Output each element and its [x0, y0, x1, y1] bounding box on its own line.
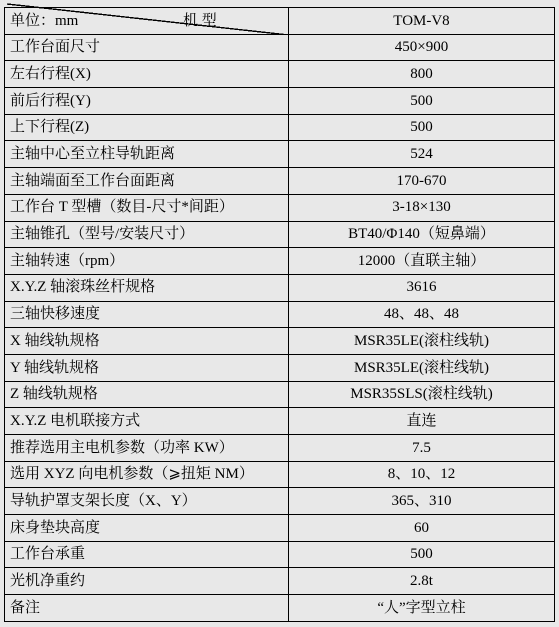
spec-label-cell: 推荐选用主电机参数（功率 KW）	[5, 435, 289, 462]
spec-label-cell: 工作台承重	[5, 541, 289, 568]
table-row: 主轴中心至立柱导轨距离 524	[5, 141, 555, 168]
spec-value-cell: 500	[289, 114, 555, 141]
spec-value-cell: 450×900	[289, 34, 555, 61]
table-row: 选用 XYZ 向电机参数（⩾扭矩 NM） 8、10、12	[5, 461, 555, 488]
table-row: Z 轴线轨规格 MSR35SLS(滚柱线轨)	[5, 381, 555, 408]
table-row: 主轴端面至工作台面距离 170-670	[5, 168, 555, 195]
spec-value-cell: 3-18×130	[289, 194, 555, 221]
header-unit-model-cell: 单位：mm 机 型	[5, 8, 289, 35]
table-row: 工作台 T 型槽（数目-尺寸*间距） 3-18×130	[5, 194, 555, 221]
spec-label-cell: 工作台 T 型槽（数目-尺寸*间距）	[5, 194, 289, 221]
spec-value-cell: 7.5	[289, 435, 555, 462]
spec-value-cell: 8、10、12	[289, 461, 555, 488]
table-row: 三轴快移速度 48、48、48	[5, 301, 555, 328]
spec-label-cell: X 轴线轨规格	[5, 328, 289, 355]
spec-label-cell: X.Y.Z 轴滚珠丝杆规格	[5, 274, 289, 301]
spec-value-cell: 48、48、48	[289, 301, 555, 328]
spec-label-cell: 选用 XYZ 向电机参数（⩾扭矩 NM）	[5, 461, 289, 488]
spec-label-cell: 主轴转速（rpm）	[5, 248, 289, 275]
spec-label-cell: Y 轴线轨规格	[5, 354, 289, 381]
spec-value-cell: MSR35LE(滚柱线轨)	[289, 354, 555, 381]
spec-value-cell: 800	[289, 61, 555, 88]
spec-label-cell: 光机净重约	[5, 568, 289, 595]
spec-label-cell: X.Y.Z 电机联接方式	[5, 408, 289, 435]
spec-value-cell: 60	[289, 515, 555, 542]
spec-value-cell: BT40/Φ140（短鼻端）	[289, 221, 555, 248]
spec-value-cell: 365、310	[289, 488, 555, 515]
spec-label-cell: 主轴端面至工作台面距离	[5, 168, 289, 195]
spec-value-cell: 直连	[289, 408, 555, 435]
model-label: 机 型	[183, 13, 217, 30]
spec-value-cell: MSR35SLS(滚柱线轨)	[289, 381, 555, 408]
table-row: Y 轴线轨规格 MSR35LE(滚柱线轨)	[5, 354, 555, 381]
spec-label-cell: 主轴锥孔（型号/安装尺寸）	[5, 221, 289, 248]
spec-value-cell: MSR35LE(滚柱线轨)	[289, 328, 555, 355]
model-value: TOM-V8	[393, 13, 449, 29]
spec-label-cell: 左右行程(X)	[5, 61, 289, 88]
machine-spec-table: 单位：mm 机 型 TOM-V8 工作台面尺寸 450×900 左右行程(X) …	[4, 7, 555, 622]
table-row: 光机净重约 2.8t	[5, 568, 555, 595]
spec-label-cell: Z 轴线轨规格	[5, 381, 289, 408]
table-row: 前后行程(Y) 500	[5, 88, 555, 115]
table-row: 上下行程(Z) 500	[5, 114, 555, 141]
spec-value-cell: 524	[289, 141, 555, 168]
spec-value-cell: “人”字型立柱	[289, 595, 555, 622]
spec-value-cell: 3616	[289, 274, 555, 301]
spec-label-cell: 备注	[5, 595, 289, 622]
table-row: 备注 “人”字型立柱	[5, 595, 555, 622]
spec-value-cell: 500	[289, 88, 555, 115]
spec-label-cell: 前后行程(Y)	[5, 88, 289, 115]
table-row: X.Y.Z 电机联接方式 直连	[5, 408, 555, 435]
table-row: 主轴转速（rpm） 12000（直联主轴）	[5, 248, 555, 275]
table-row: X.Y.Z 轴滚珠丝杆规格 3616	[5, 274, 555, 301]
table-row: 推荐选用主电机参数（功率 KW） 7.5	[5, 435, 555, 462]
spec-label-cell: 床身垫块高度	[5, 515, 289, 542]
spec-label-cell: 上下行程(Z)	[5, 114, 289, 141]
table-row: 工作台面尺寸 450×900	[5, 34, 555, 61]
spec-label-cell: 工作台面尺寸	[5, 34, 289, 61]
spec-value-cell: 12000（直联主轴）	[289, 248, 555, 275]
spec-label-cell: 三轴快移速度	[5, 301, 289, 328]
table-row: X 轴线轨规格 MSR35LE(滚柱线轨)	[5, 328, 555, 355]
spec-value-cell: 500	[289, 541, 555, 568]
spec-label-cell: 导轨护罩支架长度（X、Y）	[5, 488, 289, 515]
table-row: 主轴锥孔（型号/安装尺寸） BT40/Φ140（短鼻端）	[5, 221, 555, 248]
table-row: 床身垫块高度 60	[5, 515, 555, 542]
model-value-cell: TOM-V8	[289, 8, 555, 35]
table-row: 工作台承重 500	[5, 541, 555, 568]
spec-label-cell: 主轴中心至立柱导轨距离	[5, 141, 289, 168]
table-row: 导轨护罩支架长度（X、Y） 365、310	[5, 488, 555, 515]
unit-label: 单位：mm	[10, 13, 78, 29]
table-row: 左右行程(X) 800	[5, 61, 555, 88]
spec-value-cell: 2.8t	[289, 568, 555, 595]
spec-value-cell: 170-670	[289, 168, 555, 195]
table-header-row: 单位：mm 机 型 TOM-V8	[5, 8, 555, 35]
